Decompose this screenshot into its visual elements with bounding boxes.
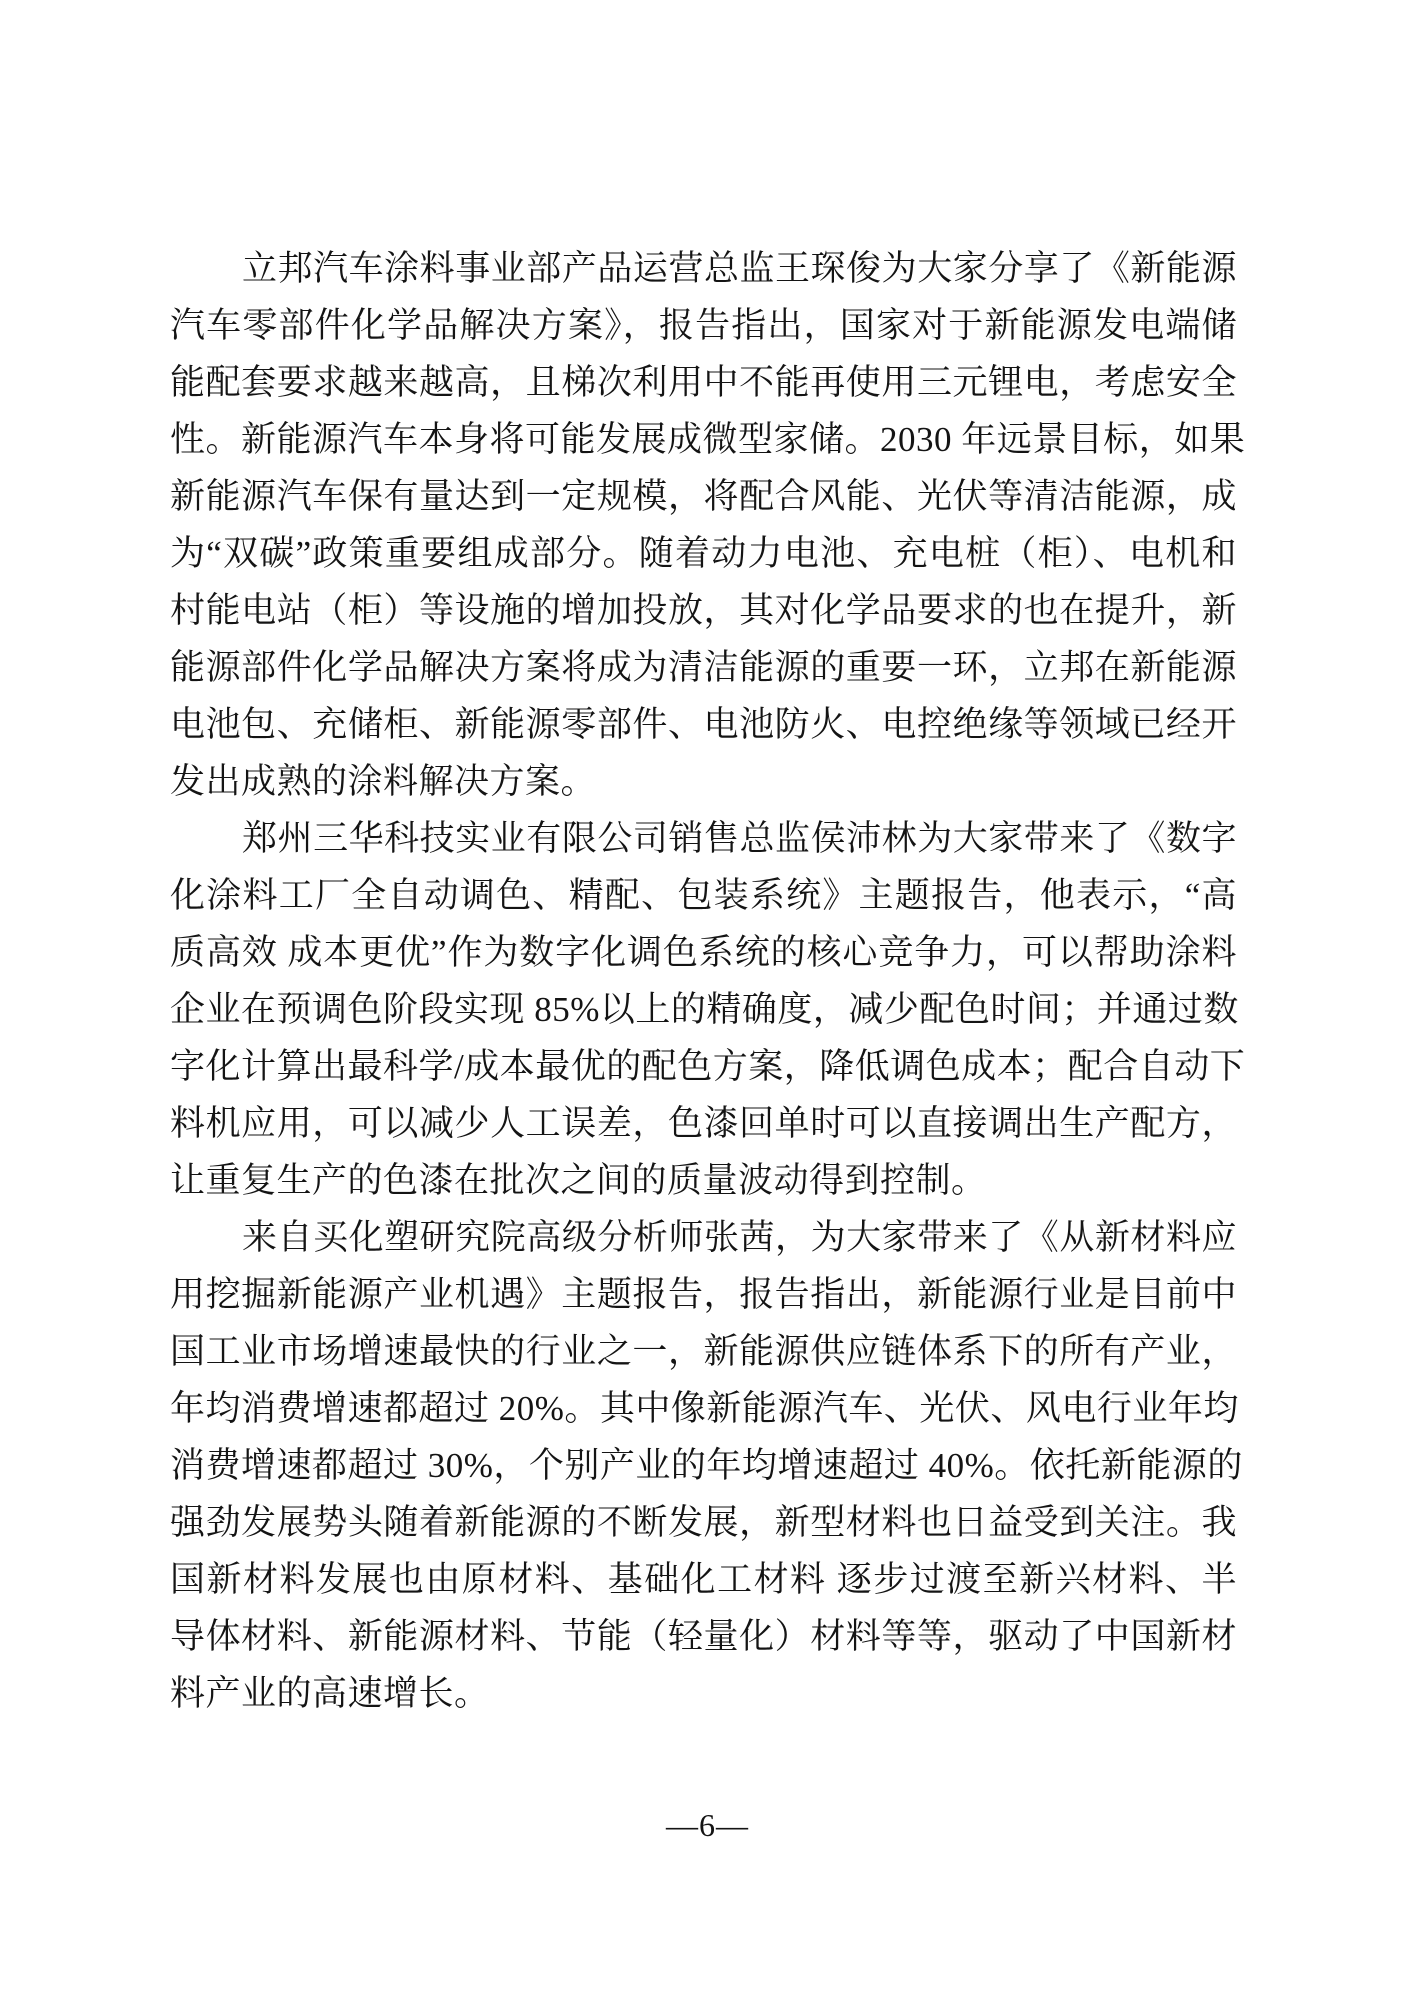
text-line: 性。新能源汽车本身将可能发展成微型家储。2030 年远景目标，如果 bbox=[170, 411, 1237, 468]
text-line: 质高效 成本更优”作为数字化调色系统的核心竞争力，可以帮助涂料 bbox=[170, 924, 1237, 981]
text-line: 消费增速都超过 30%，个别产业的年均增速超过 40%。依托新能源的 bbox=[170, 1437, 1237, 1494]
text-line: 用挖掘新能源产业机遇》主题报告，报告指出，新能源行业是目前中 bbox=[170, 1266, 1237, 1323]
text-line: 来自买化塑研究院高级分析师张茜，为大家带来了《从新材料应 bbox=[170, 1209, 1237, 1266]
document-body: 立邦汽车涂料事业部产品运营总监王琛俊为大家分享了《新能源汽车零部件化学品解决方案… bbox=[170, 240, 1237, 1722]
text-line: 料产业的高速增长。 bbox=[170, 1665, 1237, 1722]
text-line: 能源部件化学品解决方案将成为清洁能源的重要一环，立邦在新能源 bbox=[170, 639, 1237, 696]
paragraph: 来自买化塑研究院高级分析师张茜，为大家带来了《从新材料应用挖掘新能源产业机遇》主… bbox=[170, 1209, 1237, 1722]
text-line: 料机应用，可以减少人工误差，色漆回单时可以直接调出生产配方， bbox=[170, 1095, 1237, 1152]
text-line: 立邦汽车涂料事业部产品运营总监王琛俊为大家分享了《新能源 bbox=[170, 240, 1237, 297]
paragraph: 立邦汽车涂料事业部产品运营总监王琛俊为大家分享了《新能源汽车零部件化学品解决方案… bbox=[170, 240, 1237, 810]
text-line: 电池包、充储柜、新能源零部件、电池防火、电控绝缘等领域已经开 bbox=[170, 696, 1237, 753]
paragraph: 郑州三华科技实业有限公司销售总监侯沛林为大家带来了《数字化涂料工厂全自动调色、精… bbox=[170, 810, 1237, 1209]
text-line: 郑州三华科技实业有限公司销售总监侯沛林为大家带来了《数字 bbox=[170, 810, 1237, 867]
text-line: 字化计算出最科学/成本最优的配色方案，降低调色成本；配合自动下 bbox=[170, 1038, 1237, 1095]
document-page: 立邦汽车涂料事业部产品运营总监王琛俊为大家分享了《新能源汽车零部件化学品解决方案… bbox=[0, 0, 1415, 2000]
text-line: 能配套要求越来越高，且梯次利用中不能再使用三元锂电，考虑安全 bbox=[170, 354, 1237, 411]
text-line: 企业在预调色阶段实现 85%以上的精确度，减少配色时间；并通过数 bbox=[170, 981, 1237, 1038]
text-line: 为“双碳”政策重要组成部分。随着动力电池、充电桩（柜）、电机和 bbox=[170, 525, 1237, 582]
text-line: 村能电站（柜）等设施的增加投放，其对化学品要求的也在提升，新 bbox=[170, 582, 1237, 639]
text-line: 国工业市场增速最快的行业之一，新能源供应链体系下的所有产业， bbox=[170, 1323, 1237, 1380]
text-line: 汽车零部件化学品解决方案》，报告指出，国家对于新能源发电端储 bbox=[170, 297, 1237, 354]
text-line: 年均消费增速都超过 20%。其中像新能源汽车、光伏、风电行业年均 bbox=[170, 1380, 1237, 1437]
text-line: 新能源汽车保有量达到一定规模，将配合风能、光伏等清洁能源，成 bbox=[170, 468, 1237, 525]
text-line: 国新材料发展也由原材料、基础化工材料 逐步过渡至新兴材料、半 bbox=[170, 1551, 1237, 1608]
text-line: 强劲发展势头随着新能源的不断发展，新型材料也日益受到关注。我 bbox=[170, 1494, 1237, 1551]
text-line: 导体材料、新能源材料、节能（轻量化）材料等等，驱动了中国新材 bbox=[170, 1608, 1237, 1665]
text-line: 发出成熟的涂料解决方案。 bbox=[170, 753, 1237, 810]
text-line: 让重复生产的色漆在批次之间的质量波动得到控制。 bbox=[170, 1152, 1237, 1209]
page-number: —6— bbox=[0, 1797, 1415, 1854]
text-line: 化涂料工厂全自动调色、精配、包装系统》主题报告，他表示，“高 bbox=[170, 867, 1237, 924]
